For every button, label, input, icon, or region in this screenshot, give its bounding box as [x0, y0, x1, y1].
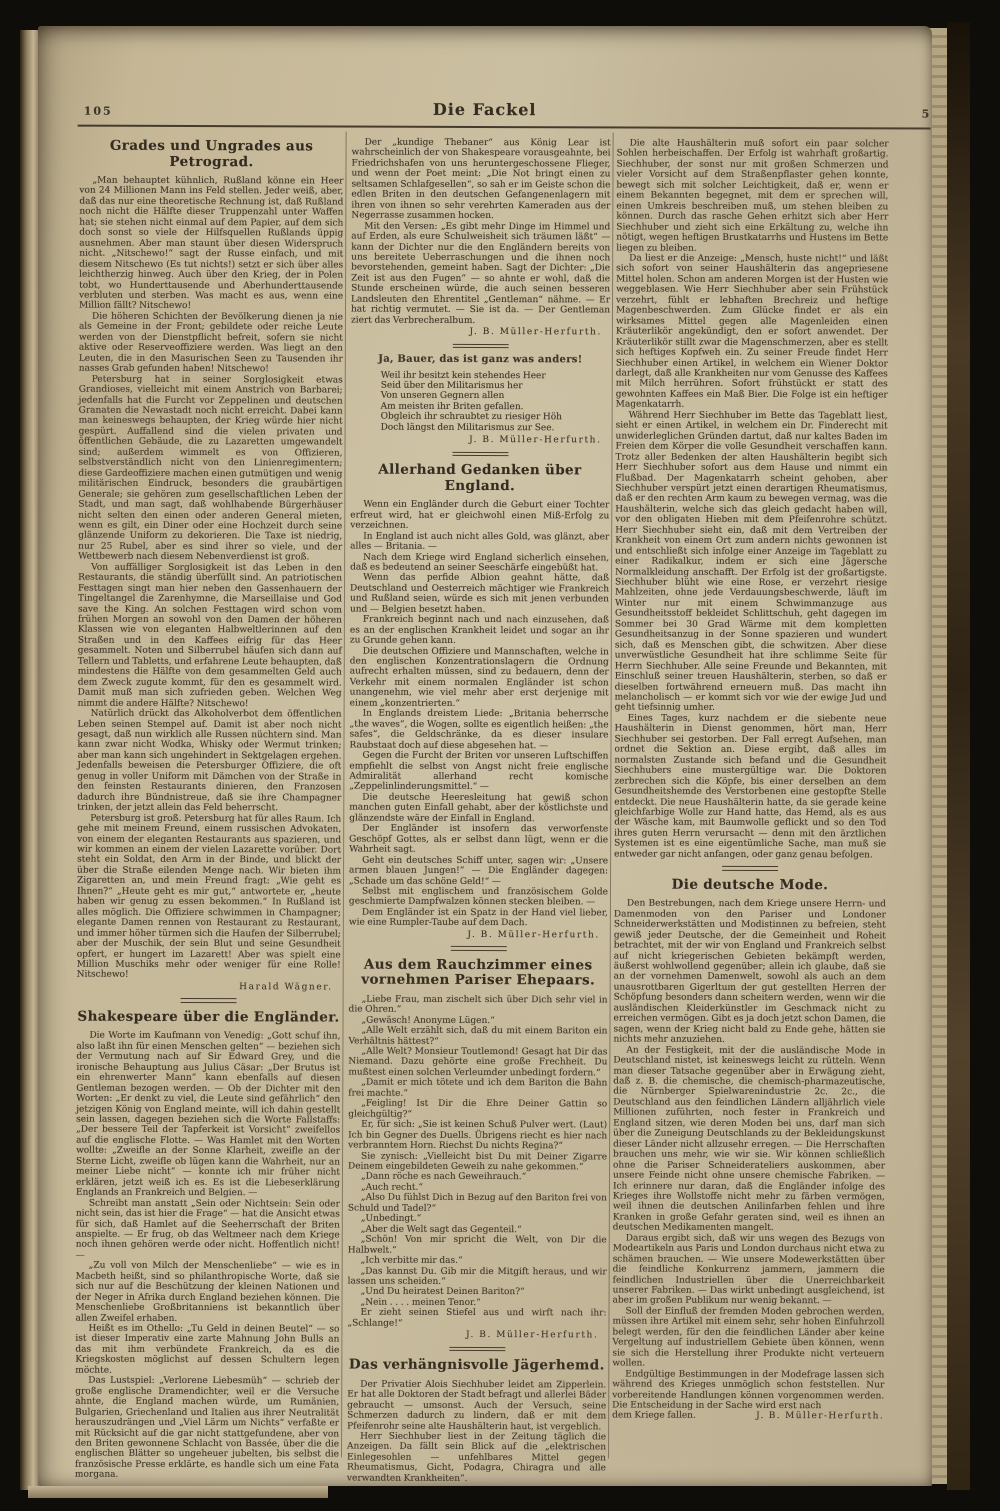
body-paragraph: Sie zynisch: „Vielleicht bist Du mit Dei…	[348, 1151, 607, 1173]
text-column-2: Der „kundige Thebaner“ aus König Lear is…	[347, 138, 611, 1485]
printed-content: 105 Die Fackel 5 Grades und Ungrades aus…	[33, 24, 932, 1487]
body-paragraph: Selbst mit englischem und französischem …	[349, 887, 608, 909]
body-paragraph: Der „kundige Thebaner“ aus König Lear is…	[351, 138, 610, 223]
poem-line: Obgleich ihr schraubtet zu riesiger Höh	[381, 412, 610, 423]
body-paragraph: „Alle Welt erzählt sich, daß du mit eine…	[348, 1026, 607, 1048]
journal-title: Die Fackel	[38, 98, 932, 120]
section-divider	[452, 343, 508, 348]
poem-title: Ja, Bauer, das ist ganz was anders!	[351, 355, 610, 366]
section-divider	[449, 1347, 505, 1352]
underlying-page-edge	[28, 1486, 328, 1498]
body-paragraph: Geht ein deutsches Schiff unter, sagen w…	[349, 855, 608, 887]
body-paragraph: „Liebe Frau, man zischelt sich über Dich…	[349, 994, 608, 1016]
body-paragraph: Nach dem Kriege wird England sicherlich …	[350, 552, 609, 574]
article-title: Das verhängnisvolle Jägerhemd.	[347, 1358, 606, 1374]
body-paragraph: Während Herr Siechhuber im Bette das Tag…	[615, 410, 888, 714]
body-paragraph: Er, für sich: „Sie ist keinen Schuß Pulv…	[348, 1120, 607, 1152]
body-paragraph: Petersburg hat in seiner Sorglosigkeit e…	[78, 374, 343, 563]
body-paragraph: Daraus ergibt sich, daß wir uns wegen de…	[613, 1233, 885, 1307]
author-signature: J. B. Müller-Herfurth.	[756, 1411, 884, 1422]
article-title: Grades und Ungrades aus Petrograd.	[79, 139, 343, 171]
poem-line: Weil ihr besitzt kein stehendes Heer	[381, 370, 610, 381]
author-signature: J. B. Müller-Herfurth.	[349, 929, 600, 940]
body-paragraph: „Ich verbitte mir das.“	[348, 1256, 607, 1267]
body-paragraph: „Das kannst Du. Gib mir die Mitgift hera…	[348, 1266, 607, 1288]
body-paragraph: Er zieht seinen Stiefel aus und wirft na…	[347, 1308, 606, 1330]
body-paragraph: Eines Tages, kurz nachdem er die siebent…	[614, 713, 887, 860]
body-paragraph: Heißt es im Othello: „Tu Geld in deinen …	[75, 1324, 339, 1377]
body-paragraph: „Feigling! Ist Dir die Ehre Deiner Gatti…	[348, 1099, 607, 1121]
page-number-right: 5	[922, 108, 930, 121]
body-paragraph: „Damit er mich tötete und ich dem Barito…	[348, 1078, 607, 1100]
body-paragraph: In Englands dreistem Liede: „Britania be…	[349, 709, 608, 752]
body-paragraph: An der Festigkeit, mit der die ausländis…	[613, 1045, 886, 1234]
header-rule	[78, 125, 931, 130]
body-paragraph: Frankreich beginnt nach und nach einzuse…	[350, 615, 609, 647]
author-signature: J. B. Müller-Herfurth.	[351, 435, 602, 446]
body-paragraph: Da liest er die Anzeige: „Mensch, huste …	[616, 253, 889, 411]
body-paragraph: Natürlich drückt das Alkoholverbot dem ö…	[77, 709, 341, 814]
poem-line: Von unseren Gegnern allen	[381, 391, 610, 402]
body-paragraph: Dem Engländer ist ein Spatz in der Hand …	[349, 907, 608, 929]
body-paragraph: Herr Siechhuber liest in der Zeitung täg…	[347, 1432, 606, 1485]
poem: Weil ihr besitzt kein stehendes HeerSeid…	[381, 370, 610, 434]
poem-line: Doch längst den Militarismus zur See.	[381, 422, 610, 433]
body-paragraph: Petersburg ist groß. Petersburg hat für …	[77, 813, 342, 981]
body-paragraph: Die deutsche Heeresleitung hat gewiß sch…	[349, 792, 608, 824]
author-signature: J. B. Müller-Herfurth.	[351, 327, 602, 338]
body-paragraph: „Man behauptet kühnlich, Rußland könne e…	[79, 176, 343, 313]
body-paragraph: Die alte Haushälterin muß sofort ein paa…	[616, 138, 888, 254]
article-title: Aus dem Rauchzimmer eines vornehmen Pari…	[349, 957, 608, 989]
body-paragraph: Gegen die Furcht der Briten vor unseren …	[349, 751, 608, 794]
body-paragraph: „Unbedingt.“	[348, 1214, 607, 1225]
body-paragraph: Der Engländer ist insofern das verworfen…	[349, 824, 608, 856]
body-paragraph: In England ist auch nicht alles Gold, wa…	[350, 531, 609, 553]
body-paragraph: Die Worte im Kaufmann von Venedig: „Gott…	[76, 1031, 341, 1199]
text-column-3: Die alte Haushälterin muß sofort ein paa…	[612, 138, 888, 1422]
section-divider	[181, 998, 237, 1003]
body-paragraph: Wenn ein Engländer durch die Geburt eine…	[350, 500, 609, 532]
body-paragraph: „Zu voll von Milch der Menschenliebe“ — …	[75, 1261, 339, 1325]
article-title: Die deutsche Mode.	[614, 877, 886, 893]
section-divider	[722, 866, 778, 871]
body-paragraph: Den Bestrebungen, nach dem Kriege unsere…	[613, 899, 886, 1046]
article-title: Allerhand Gedanken über England.	[350, 463, 609, 495]
body-paragraph: Soll der Einfluß der fremden Moden gebro…	[612, 1306, 884, 1370]
paper-sheet: 105 Die Fackel 5 Grades und Ungrades aus…	[38, 26, 932, 1486]
text-column-1: Grades und Ungrades aus Petrograd.„Man b…	[75, 137, 344, 1482]
body-paragraph: Mit den Versen: „Es gibt mehr Dinge im H…	[351, 221, 610, 326]
last-line-with-signature: dem Kriege fallen.J. B. Müller-Herfurth.	[612, 1411, 884, 1422]
book-spine	[947, 22, 970, 1490]
section-divider	[452, 452, 508, 457]
body-paragraph: Der Privatier Alois Siechhuber leidet am…	[347, 1379, 606, 1432]
author-signature: J. B. Müller-Herfurth.	[347, 1330, 598, 1341]
last-line-text: dem Kriege fallen.	[612, 1411, 696, 1422]
body-paragraph: Das Lustspiel: „Verlorene Liebesmüh“ — s…	[75, 1376, 339, 1481]
body-paragraph: Endgültige Bestimmungen in der Modefrage…	[612, 1369, 884, 1412]
body-paragraph: Von auffälliger Sorglosigkeit ist das Le…	[78, 562, 343, 709]
body-paragraph: „Dann röche es nach Geweihrauch.“	[348, 1172, 607, 1183]
author-signature: Harald Wägner.	[77, 981, 333, 992]
body-paragraph: „Schön! Von mir spricht die Welt, von Di…	[348, 1235, 607, 1257]
section-divider	[450, 946, 506, 951]
body-paragraph: „Und Du heiratest Deinen Bariton?“	[348, 1287, 607, 1298]
article-title: Shakespeare über die Engländer.	[77, 1009, 341, 1025]
scanned-journal-page: { "colors": { "paper": "#c8bb9d", "ink":…	[0, 0, 1000, 1511]
body-paragraph: „Also Du fühlst Dich in Bezug auf den Ba…	[348, 1193, 607, 1215]
body-paragraph: Die deutschen Offiziere und Mannschaften…	[350, 646, 609, 710]
body-paragraph: Die höheren Schichten der Bevölkerung di…	[79, 311, 343, 375]
body-paragraph: Wenn das perfide Albion geahnt hätte, da…	[350, 573, 609, 616]
body-paragraph: Schreibt man anstatt „Sein oder Nichtsei…	[76, 1198, 340, 1262]
body-paragraph: „Alle Welt? Monsieur Toutlemond! Gesagt …	[348, 1047, 607, 1079]
